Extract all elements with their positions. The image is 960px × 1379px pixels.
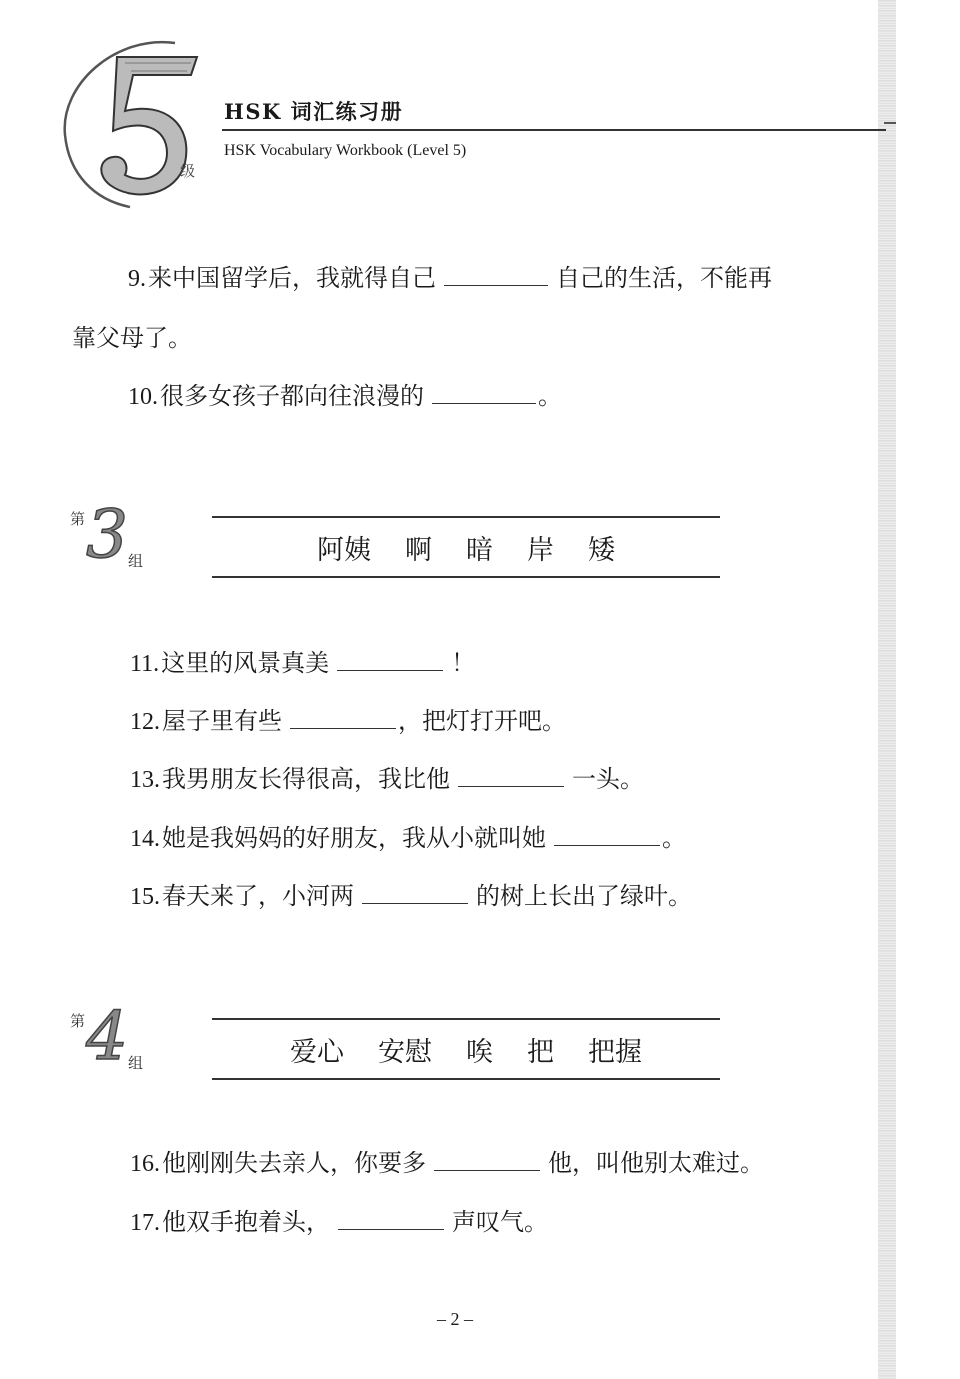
level-suffix: 级 (180, 160, 195, 181)
question-16: 16.他刚刚失去亲人，你要多他，叫他别太难过。 (130, 1143, 764, 1178)
answer-blank-16[interactable] (434, 1149, 540, 1171)
question-15: 15.春天来了，小河两的树上长出了绿叶。 (130, 876, 692, 911)
scan-edge (878, 0, 896, 1379)
book-title: HSK 词汇练习册 (224, 96, 403, 126)
header-divider (222, 129, 886, 131)
group-3-word-bank: 阿姨啊暗岸矮 (212, 528, 720, 567)
answer-blank-15[interactable] (362, 882, 468, 904)
group-3-header: 第 3 组 阿姨啊暗岸矮 (70, 508, 730, 588)
group-4-header: 第 4 组 爱心安慰唉把把握 (70, 1010, 730, 1090)
divider (212, 576, 720, 578)
book-subtitle: HSK Vocabulary Workbook (Level 5) (224, 142, 466, 160)
question-11: 11.这里的风景真美！ (130, 643, 475, 678)
question-12: 12.屋子里有些，把灯打开吧。 (130, 701, 566, 736)
question-9-continuation: 靠父母了。 (72, 318, 192, 353)
group-4-number: 4 (86, 1004, 128, 1070)
question-9: 9.来中国留学后，我就得自己自己的生活，不能再 (128, 258, 772, 293)
question-14: 14.她是我妈妈的好朋友，我从小就叫她。 (130, 818, 686, 853)
question-17: 17.他双手抱着头，声叹气。 (130, 1202, 548, 1237)
question-13: 13.我男朋友长得很高，我比他一头。 (130, 759, 644, 794)
answer-blank-13[interactable] (458, 765, 564, 787)
group-4-word-bank: 爱心安慰唉把把握 (212, 1030, 720, 1069)
divider (212, 516, 720, 518)
divider (212, 1018, 720, 1020)
scan-edge-mark (884, 122, 896, 124)
page-number: – 2 – (437, 1309, 473, 1330)
question-10: 10.很多女孩子都向往浪漫的。 (128, 376, 562, 411)
level-5-logo-icon (55, 35, 215, 210)
answer-blank-17[interactable] (338, 1208, 444, 1230)
answer-blank-14[interactable] (554, 824, 660, 846)
answer-blank-12[interactable] (290, 707, 396, 729)
answer-blank-10[interactable] (432, 382, 536, 404)
answer-blank-9[interactable] (444, 264, 548, 286)
group-3-number: 3 (86, 502, 128, 568)
answer-blank-11[interactable] (337, 649, 443, 671)
divider (212, 1078, 720, 1080)
